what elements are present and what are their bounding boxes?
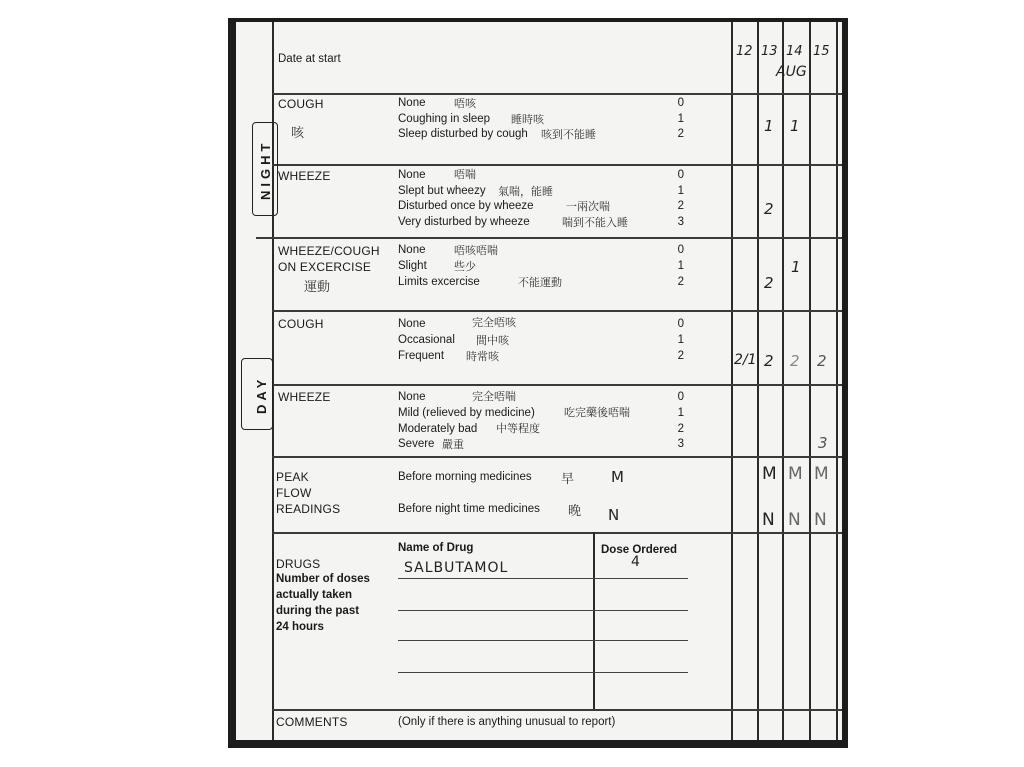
date-col-2: 13 [761,44,778,59]
entry: 1 [790,117,800,135]
option-label: Slept but wheezy [398,185,486,197]
drugs-title: DRUGS [276,557,320,571]
option-note: 氣喘，能睡 [498,183,553,199]
option-score: 3 [672,216,684,228]
option-label: Very disturbed by wheeze [398,216,530,228]
asthma-diary-form: Date at start 12 13 14 15 AUG NIGHT DAY … [236,22,842,740]
option-label: Disturbed once by wheeze [398,200,534,212]
option-note: 咳到不能睡 [541,126,596,142]
drug-row-line [398,578,688,579]
section-divider [272,532,842,534]
option-label: Mild (relieved by medicine) [398,407,535,419]
option-label: None [398,318,426,330]
entry: 2 [817,352,827,370]
option-label: Limits excercise [398,276,480,288]
exercise-title-2: ON EXCERCISE [278,260,371,274]
option-score: 2 [672,350,684,362]
option-score: 1 [672,185,684,197]
morning-note: 早 [561,468,574,487]
entry: 1 [764,117,774,135]
option-note: 吃完藥後唔喘 [564,404,630,420]
drugs-desc-4: 24 hours [276,621,324,633]
option-note: 唔喘 [454,166,476,182]
comments-note: (Only if there is anything unusual to re… [398,716,615,728]
option-score: 1 [672,407,684,419]
option-score: 2 [672,128,684,140]
option-note: 完全唔咳 [472,314,516,330]
entry: 1 [791,258,801,276]
entry: 3 [818,434,828,452]
option-score: 0 [672,169,684,181]
option-label: None [398,391,426,403]
option-score: 0 [672,318,684,330]
section-divider [272,164,842,166]
option-score: 2 [672,200,684,212]
entry: M [762,464,777,484]
night-cough-title: COUGH [278,97,324,111]
morning-label: Before morning medicines [398,471,532,483]
exercise-annotation: 運動 [304,276,330,295]
option-label: Frequent [398,350,444,362]
option-label: Severe [398,438,434,450]
entry: N [788,510,801,530]
date-col-3: 14 [786,44,803,59]
entry: M [814,464,829,484]
option-label: Moderately bad [398,423,477,435]
section-divider [272,384,842,386]
option-note: 唔咳 [454,95,476,111]
section-divider [272,310,842,312]
option-note: 中等程度 [496,420,540,436]
entry: 2 [764,200,774,218]
option-note: 時常咳 [466,348,499,364]
night-wheeze-title: WHEEZE [278,169,331,183]
drug-row-line [398,640,688,641]
section-divider [272,93,842,95]
option-label: Coughing in sleep [398,113,490,125]
day-wheeze-title: WHEEZE [278,390,331,404]
col-divider-2 [782,22,784,740]
night-cough-annotation: 咳 [291,122,304,141]
date-col-1: 12 [736,44,753,59]
option-note: 喘到不能入睡 [562,214,628,230]
option-note: 完全唔喘 [472,388,516,404]
peak-flow-title-2: FLOW [276,486,311,500]
option-label: Occasional [398,334,455,346]
night-note: 晚 [568,500,581,519]
entry: N [762,510,775,530]
entry: N [814,510,827,530]
section-divider [272,456,842,458]
section-divider [272,709,842,711]
option-score: 0 [672,244,684,256]
day-cough-title: COUGH [278,317,324,331]
date-at-start-label: Date at start [278,53,341,65]
option-score: 0 [672,391,684,403]
option-label: None [398,169,426,181]
drug-name-header: Name of Drug [398,542,473,554]
option-score: 1 [672,334,684,346]
comments-title: COMMENTS [276,715,348,729]
col-divider-1 [757,22,759,740]
option-score: 2 [672,423,684,435]
option-score: 0 [672,97,684,109]
option-score: 3 [672,438,684,450]
drugs-desc-1: Number of doses [276,573,370,585]
peak-flow-title-1: PEAK [276,470,309,484]
col-divider-3 [809,22,811,740]
option-note: 一兩次喘 [566,198,610,214]
option-score: 1 [672,113,684,125]
drugs-desc-2: actually taken [276,589,352,601]
drug-row-line [398,610,688,611]
entry: 2 [790,352,800,370]
drug-column-divider [593,532,595,709]
entry: 2 [764,274,774,292]
drug-row-line [398,672,688,673]
option-label: None [398,97,426,109]
option-label: None [398,244,426,256]
option-note: 唔咳唔喘 [454,242,498,258]
entry: 2 [764,352,774,370]
date-col-4: 15 [813,44,830,59]
entry: M [788,464,803,484]
option-label: Sleep disturbed by cough [398,128,528,140]
peak-flow-title-3: READINGS [276,502,340,516]
option-label: Slight [398,260,427,272]
day-side-label: DAY [254,376,269,414]
drug-name-entry: SALBUTAMOL [404,560,508,576]
option-note: 不能運動 [518,274,562,290]
entry: 2/1 [734,352,757,368]
option-note: 睡時咳 [511,111,544,127]
section-divider [256,237,842,239]
option-score: 1 [672,260,684,272]
col-divider-0 [731,22,733,740]
night-side-label: NIGHT [258,140,273,200]
night-label: Before night time medicines [398,503,540,515]
option-note: 嚴重 [442,436,464,452]
dose-entry: 4 [631,554,640,570]
option-note: 些少 [454,258,476,274]
exercise-title: WHEEZE/COUGH [278,244,380,258]
col-divider-4 [836,22,838,740]
night-code: N [608,506,619,524]
date-month: AUG [776,64,807,80]
drugs-desc-3: during the past [276,605,359,617]
morning-code: M [611,468,624,486]
option-score: 2 [672,276,684,288]
option-note: 間中咳 [476,332,509,348]
